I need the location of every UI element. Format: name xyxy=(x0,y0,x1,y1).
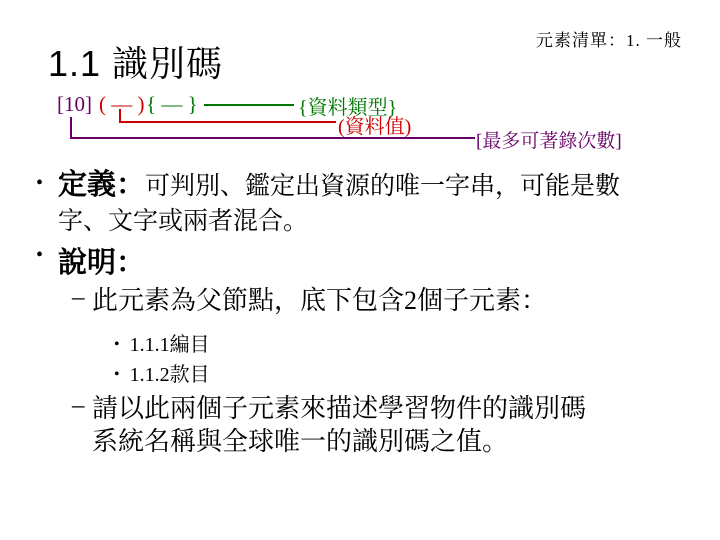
max-occurrence-connector-vertical-line xyxy=(70,117,72,139)
sub-item-parent-node: – 此元素為父節點，底下包含2個子元素： xyxy=(72,284,672,317)
bullet-icon: • xyxy=(36,172,43,195)
child-element-text: 1.1.1編目 xyxy=(130,334,210,356)
data-value-label: (資料值) xyxy=(338,110,411,139)
child-element-item-2: •1.1.2款目 xyxy=(114,358,210,387)
slide: 元素清單：1. 一般 1.1 識別碼 [10] ( — ) { — } {資料類… xyxy=(0,0,720,540)
element-list-header: 元素清單：1. 一般 xyxy=(536,26,682,51)
type-slot-label: { — } xyxy=(146,92,198,117)
max-occurrence-label: [最多可著錄次數] xyxy=(476,126,622,153)
page-title: 1.1 識別碼 xyxy=(48,36,223,87)
value-slot-label: ( — ) xyxy=(99,92,145,117)
bullet-icon: • xyxy=(36,244,43,267)
dash-marker-icon: – xyxy=(72,284,85,312)
definition-line: 定義：可判別、鑑定出資源的唯一字串，可能是數字、文字或兩者混合。 xyxy=(58,168,654,239)
explanation-term: 說明： xyxy=(58,247,145,279)
sub-item-text: 此元素為父節點，底下包含2個子元素： xyxy=(92,284,672,317)
dash-marker-icon: – xyxy=(72,392,85,420)
explanation-bullet-item: • 說明： xyxy=(36,240,145,281)
max-occurrence-connector-horizontal-line xyxy=(70,137,475,139)
definition-term: 定義： xyxy=(58,169,145,201)
sub-item-text: 請以此兩個子元素來描述學習物件的識別碼系統名稱與全球唯一的識別碼之值。 xyxy=(92,392,606,458)
definition-bullet-item: • 定義：可判別、鑑定出資源的唯一字串，可能是數字、文字或兩者混合。 xyxy=(36,168,654,239)
child-element-text: 1.1.2款目 xyxy=(130,364,210,386)
child-element-item-1: •1.1.1編目 xyxy=(114,328,210,357)
occurrence-count-label: [10] xyxy=(57,92,92,117)
bullet-icon: • xyxy=(114,336,120,353)
data-value-connector-horizontal-line xyxy=(119,121,336,123)
bullet-icon: • xyxy=(114,366,120,383)
data-type-connector-line xyxy=(204,104,294,106)
sub-item-usage-note: – 請以此兩個子元素來描述學習物件的識別碼系統名稱與全球唯一的識別碼之值。 xyxy=(72,392,606,458)
